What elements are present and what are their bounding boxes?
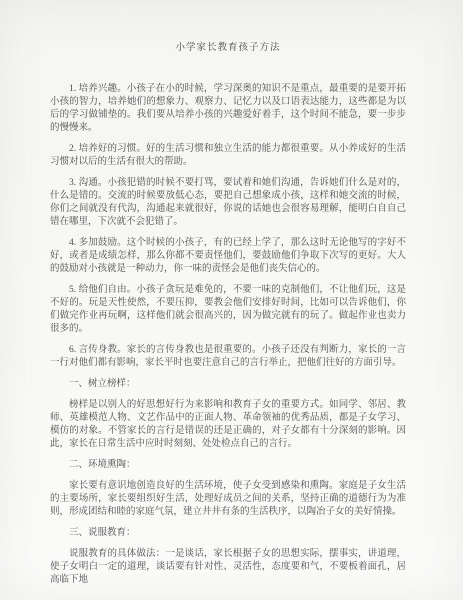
paragraph-1: 1. 培养兴趣。小孩子在小的时候，学习深奥的知识不是重点，最重要的是要开拓小孩的…: [50, 83, 406, 135]
section-heading-2: 二、环境熏陶：: [50, 459, 406, 472]
section-heading-1: 一、树立榜样：: [50, 378, 406, 391]
document-page: 小学家长教育孩子方法 1. 培养兴趣。小孩子在小的时候，学习深奥的知识不是重点，…: [0, 0, 463, 600]
paragraph-6: 6. 言传身教。家长的言传身教也是很重要的。小孩子还没有判断力，家长的一言一行对…: [50, 344, 406, 370]
paragraph-2: 2. 培养好的习惯。好的生活习惯和独立生活的能力都很重要。从小养成好的生活习惯对…: [50, 143, 406, 169]
section-heading-3: 三、说服教育：: [50, 527, 406, 540]
document-title: 小学家长教育孩子方法: [50, 42, 406, 55]
document-body: 1. 培养兴趣。小孩子在小的时候，学习深奥的知识不是重点，最重要的是要开拓小孩的…: [50, 83, 406, 587]
paragraph-5: 5. 给他们自由。小孩子贪玩是难免的，不要一味的克制他们，不让他们玩，这是不好的…: [50, 284, 406, 336]
section-body-2: 家长要有意识地创造良好的生活环境，使子女受到感染和熏陶。家庭是子女生活的主要场所…: [50, 480, 406, 519]
section-body-1: 榜样是以别人的好思想好行为来影响和教育子女的重要方式。如同学、邻居、教师、英雄模…: [50, 399, 406, 451]
paragraph-3: 3. 沟通。小孩犯错的时候不要打骂，要试着和她们沟通，告诉她们什么是对的，什么是…: [50, 177, 406, 229]
section-body-3: 说服教育的具体做法：一是谈话，家长根据子女的思想实际，摆事实，讲道理，使子女明白…: [50, 548, 406, 587]
paragraph-4: 4. 多加鼓励。这个时候的小孩子，有的已经上学了，那么这时无论他写的字好不好，或…: [50, 237, 406, 276]
